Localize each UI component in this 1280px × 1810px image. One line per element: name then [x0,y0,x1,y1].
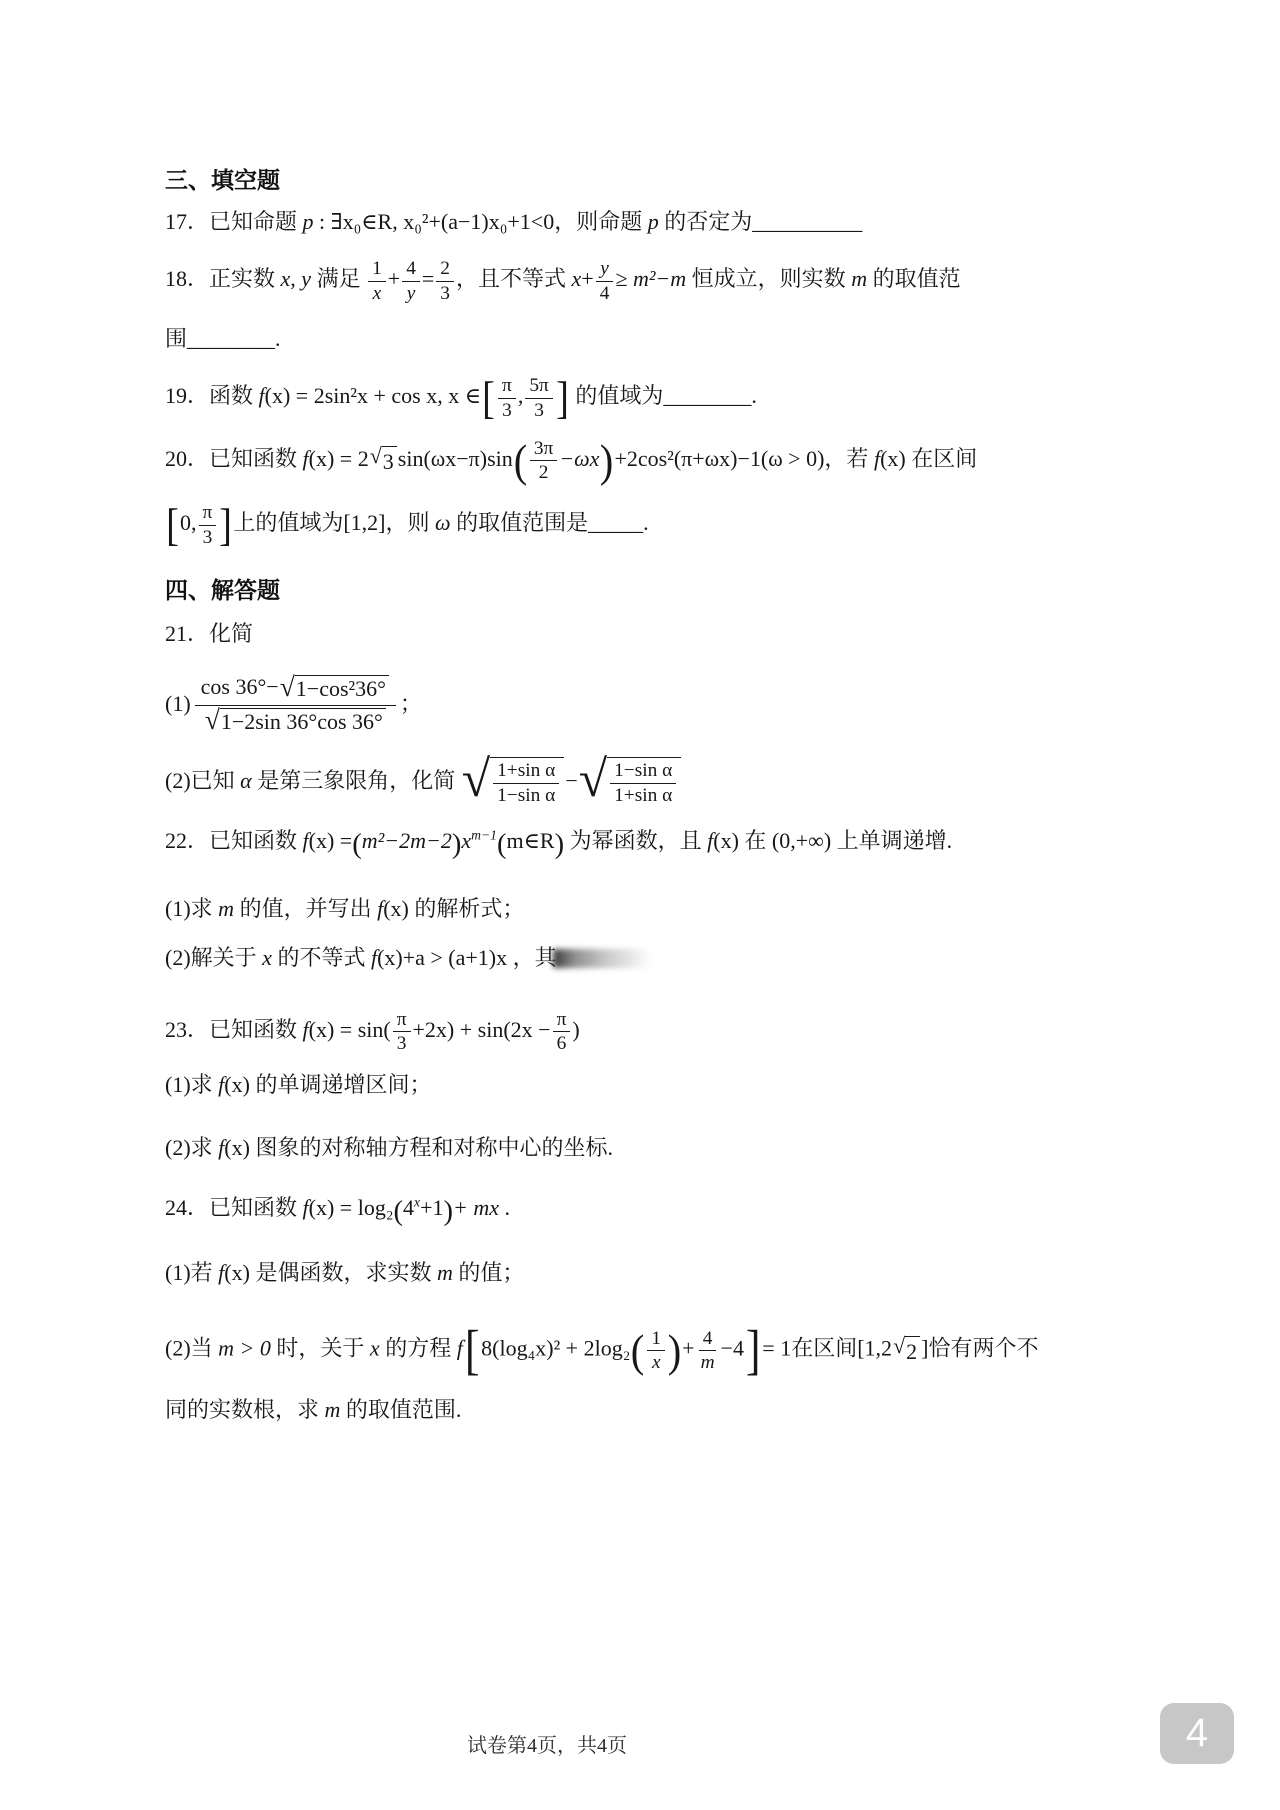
frac-den: 3 [199,526,217,549]
blurred-redaction [553,949,651,968]
math: x [370,1336,380,1361]
frac-den: m [697,1351,719,1374]
math: (x)+a > (a+1)x [377,945,507,970]
sqrt: √1−sin α1+sin α [579,757,682,809]
math: +2x) + sin(2x − [413,1017,551,1042]
fraction: 1x [368,258,386,304]
math: [1,2] [343,510,385,535]
txt: 的否定为 [659,209,753,234]
fraction: 3π2 [530,438,557,484]
frac-num: 1−sin α [610,760,676,784]
page-number: 4 [1186,1711,1208,1756]
frac-num: π [553,1009,571,1033]
frac-num: 4 [699,1328,717,1352]
math: p [303,209,314,234]
txt: 化简 [209,621,253,646]
left-paren: ( [352,831,362,860]
math: m [325,1397,341,1422]
section-title-text: 三、填空题 [165,168,280,193]
frac-den: √1−2sin 36°cos 36° [198,706,393,739]
sqrt: √2 [893,1336,920,1367]
math: ω [435,510,451,535]
txt: 在区间 [906,446,978,471]
left-bracket: [ [166,505,179,546]
txt: ，则 [386,510,436,535]
sqrt: √1−2sin 36°cos 36° [205,708,386,736]
math: 4 [403,1195,414,1220]
q23-line1: 23．已知函数 f(x) = sin(π3+2x) + sin(2x −π6) [165,1009,1165,1055]
q19-line: 19．函数 f(x) = 2sin²x + cos x, x ∈[π3,5π3]… [165,375,1165,421]
math: +2cos²(π+ωx)−1(ω > 0) [614,446,824,471]
math: −ωx [559,446,599,471]
txt: 的单调递增区间； [250,1072,432,1097]
math: m [851,267,867,292]
part-label: (1) [165,1260,191,1285]
txt: 已知 [191,768,241,793]
txt: ； [400,691,422,716]
txt: 恰有两个不 [928,1336,1038,1361]
math: + mx [453,1195,499,1220]
blank-underline: __________ [752,209,862,234]
frac-num: 4 [402,258,420,282]
q22-part1: (1)求 m 的值，并写出 f(x) 的解析式； [165,895,1165,924]
txt: . [643,510,649,535]
txt: 围 [165,326,187,351]
frac-den: x [648,1351,665,1374]
txt: 上单调递增. [831,828,952,853]
math: x [572,267,582,292]
math: m²−2m−2 [362,828,452,853]
frac-den: 4 [596,282,614,305]
left-paren: ( [497,831,507,860]
math: + [682,1336,694,1361]
math: (x) [713,828,739,853]
txt: 的取值范围是 [451,510,589,535]
frac-den: x [369,282,386,305]
left-paren: ( [514,441,528,482]
blank-underline: ________ [187,326,275,351]
radicand: 1−sin α1+sin α [607,757,681,806]
part-label: (2) [165,1336,191,1361]
math: (x) = log₂ [309,1195,394,1220]
math: p [648,209,659,234]
frac-den: y [403,282,420,305]
radicand: 3 [382,446,397,477]
fraction: y4 [596,258,614,304]
math: m > 0 [218,1336,271,1361]
q23-part2: (2)求 f(x) 图象的对称轴方程和对称中心的坐标. [165,1134,1165,1163]
part-label: (2) [165,945,191,970]
frac-num: 3π [530,438,557,462]
q-number: 17． [165,209,209,234]
math: = [422,267,434,292]
frac-num: y [596,258,613,282]
math: , [518,384,524,409]
left-paren: ( [631,1331,645,1372]
radical-sign: √ [370,445,382,467]
fraction: 4m [697,1328,719,1374]
footer-page-info: 试卷第4页，共4页 [0,1729,1094,1758]
q20-line1: 20．已知函数 f(x) = 2√3sin(ωx−π)sin(3π2−ωx)+2… [165,438,1165,484]
math: (x) = [309,828,353,853]
right-paren: ) [452,831,462,860]
part-label: (1) [165,896,191,921]
sqrt: √1−cos²36° [280,675,389,703]
frac-den: 1+sin α [610,784,676,807]
q24-part2-line1: (2)当 m > 0 时，关于 x 的方程 f[8(log₄x)² + 2log… [165,1327,1165,1374]
math: α [240,768,252,793]
radical-sign: √ [462,754,490,806]
right-bracket: ] [556,378,569,419]
fraction: 5π3 [525,375,552,421]
math: = 1 [762,1336,791,1361]
math: f [457,1336,463,1361]
frac-num: π [199,502,217,526]
fraction: 1x [647,1328,665,1374]
fraction: 23 [436,258,454,304]
right-bracket: ] [219,505,232,546]
math: 0, [180,510,197,535]
exponent: m−1 [471,827,497,842]
frac-den: 2 [535,461,553,484]
radical-sign: √ [205,706,220,734]
q22-line1: 22．已知函数 f(x) =(m²−2m−2)xm−1(m∈R) 为幂函数，且 … [165,827,1165,860]
radical-sign: √ [893,1335,905,1357]
frac-num: π [393,1009,411,1033]
math: +1 [420,1195,443,1220]
math: − [565,768,577,793]
txt: 求 [191,1135,219,1160]
txt: 求 [191,896,219,921]
txt: 已知函数 [209,1017,303,1042]
left-bracket: [ [482,378,495,419]
frac-den: 3 [393,1032,411,1055]
footer-text: 试卷第4页，共4页 [467,1735,627,1757]
part-label: (2) [165,768,191,793]
math: (x) = 2 [309,446,369,471]
txt: 的值，并写出 [234,896,377,921]
txt: 已知函数 [209,828,303,853]
q-number: 23． [165,1017,209,1042]
txt: ，若 [824,446,874,471]
math: ) [572,1017,579,1042]
section3-title: 三、填空题 [165,166,1165,196]
q18-line1: 18．正实数 x, y 满足 1x+4y=23，且不等式 x+y4≥ m²−m … [165,258,1165,304]
txt: 同的实数根，求 [165,1397,325,1422]
frac-den: 3 [530,399,548,422]
q23-part1: (1)求 f(x) 的单调递增区间； [165,1071,1165,1100]
big-fraction: cos 36°−√1−cos²36°√1−2sin 36°cos 36° [195,673,396,739]
radicand: 1−cos²36° [295,675,389,702]
math: cos 36°− [201,675,279,700]
frac-den: 3 [498,399,516,422]
radicand: 1−2sin 36°cos 36° [220,708,386,735]
math: x [461,828,471,853]
left-bracket: [ [465,1327,480,1374]
blank-underline: _____ [588,510,643,535]
q-number: 21． [165,621,209,646]
radical-sign: √ [280,673,295,701]
txt: 恒成立，则实数 [686,267,851,292]
txt: . [275,326,281,351]
txt: ，且不等式 [456,267,572,292]
frac-den: 1−sin α [493,784,559,807]
page-number-badge: 4 [1160,1703,1234,1764]
txt: ，其 [507,945,557,970]
section-title-text: 四、解答题 [165,578,280,603]
q-number: 22． [165,828,209,853]
math: [1,2 [857,1336,892,1361]
math: m∈R [507,828,555,853]
fraction: 1+sin α1−sin α [493,760,559,806]
math: (x) = 2sin²x + cos x, x ∈ [265,384,481,409]
txt: 图象的对称轴方程和对称中心的坐标. [250,1135,613,1160]
txt: 正实数 [209,267,281,292]
math: (x) [224,1072,250,1097]
right-paren: ) [668,1331,682,1372]
q20-line2: [0,π3]上的值域为[1,2]，则 ω 的取值范围是_____. [165,502,1165,548]
txt: 解关于 [191,945,263,970]
txt: 的方程 [380,1336,457,1361]
frac-num: 5π [525,375,552,399]
q21-head: 21．化简 [165,620,1165,649]
right-paren: ) [555,831,565,860]
right-paren: ) [600,441,614,482]
txt: 已知函数 [209,1195,303,1220]
radicand: 2 [905,1336,920,1367]
frac-num: 2 [436,258,454,282]
math: (x) [224,1135,250,1160]
q24-part2-line2: 同的实数根，求 m 的取值范围. [165,1396,1165,1425]
txt: 上的值域为 [233,510,343,535]
txt: 求 [191,1072,219,1097]
fraction: π3 [498,375,516,421]
math: (x) [224,1260,250,1285]
txt: ，则命题 [554,209,648,234]
sqrt: √3 [370,446,397,477]
math: x [262,945,272,970]
txt: . [751,384,757,409]
txt: 当 [191,1336,219,1361]
blank-underline: ________ [663,384,751,409]
frac-num: 1 [368,258,386,282]
math: sin(ωx−π)sin [398,446,513,471]
q17-line: 17．已知命题 p : ∃x₀∈R, x₀²+(a−1)x₀+1<0，则命题 p… [165,208,1165,237]
q21-part2: (2)已知 α 是第三象限角，化简 √1+sin α1−sin α−√1−sin… [165,757,1165,809]
radical-sign: √ [579,754,607,806]
txt: 的解析式； [409,896,525,921]
txt: 函数 [209,384,259,409]
frac-num: 1 [647,1328,665,1352]
math: : ∃x₀∈R, x₀²+(a−1)x₀+1<0 [314,209,555,234]
q-number: 20． [165,446,209,471]
q24-part1: (1)若 f(x) 是偶函数，求实数 m 的值； [165,1259,1165,1288]
fraction: 4y [402,258,420,304]
txt: 时，关于 [271,1336,370,1361]
frac-num: 1+sin α [493,760,559,784]
txt: 为幂函数，且 [564,828,707,853]
math: x, y [281,267,312,292]
txt: 已知命题 [209,209,303,234]
part-label: (1) [165,1072,191,1097]
section4-title: 四、解答题 [165,576,1165,606]
math: m [218,896,234,921]
math: + [388,267,400,292]
right-paren: ) [444,1198,454,1227]
frac-num: cos 36°−√1−cos²36° [195,673,396,707]
txt: 的值域为 [570,384,664,409]
frac-num: π [498,375,516,399]
math: (x) = sin( [309,1017,391,1042]
math: ≥ m²−m [615,267,686,292]
txt: 是偶函数，求实数 [250,1260,437,1285]
math: −4 [721,1336,744,1361]
q-number: 24． [165,1195,209,1220]
txt: 是第三象限角，化简 [252,768,461,793]
txt: 已知函数 [209,446,303,471]
math: (0,+∞) [772,828,831,853]
txt: 的取值范 [867,267,961,292]
frac-den: 6 [553,1032,571,1055]
frac-den: 3 [436,282,454,305]
q-number: 18． [165,267,209,292]
math: (x) [880,446,906,471]
txt: 的不等式 [272,945,371,970]
q24-line1: 24．已知函数 f(x) = log₂(4x+1)+ mx . [165,1194,1165,1227]
exam-page-content: 三、填空题 17．已知命题 p : ∃x₀∈R, x₀²+(a−1)x₀+1<0… [165,166,1165,1425]
radicand: 1+sin α1−sin α [490,757,564,806]
math: + [581,267,593,292]
fraction: 1−sin α1+sin α [610,760,676,806]
txt: 在 [739,828,772,853]
part-label: (1) [165,691,191,716]
q18-line2: 围________. [165,325,1165,354]
math: m [437,1260,453,1285]
txt: 的值； [453,1260,525,1285]
math: 8(log₄x)² + 2log₂ [481,1336,630,1361]
q22-part2: (2)解关于 x 的不等式 f(x)+a > (a+1)x ，其 [165,944,1165,973]
q21-part1: (1)cos 36°−√1−cos²36°√1−2sin 36°cos 36°； [165,673,1165,739]
txt: 若 [191,1260,219,1285]
fraction: π3 [199,502,217,548]
txt: 满足 [311,267,366,292]
fraction: π6 [553,1009,571,1055]
part-label: (2) [165,1135,191,1160]
q-number: 19． [165,384,209,409]
fraction: π3 [393,1009,411,1055]
right-bracket: ] [746,1327,761,1374]
txt: 在区间 [791,1336,857,1361]
left-paren: ( [394,1198,404,1227]
txt: 的取值范围. [340,1397,461,1422]
sqrt: √1+sin α1−sin α [462,757,565,809]
math: (x) [383,896,409,921]
txt: . [499,1195,510,1220]
